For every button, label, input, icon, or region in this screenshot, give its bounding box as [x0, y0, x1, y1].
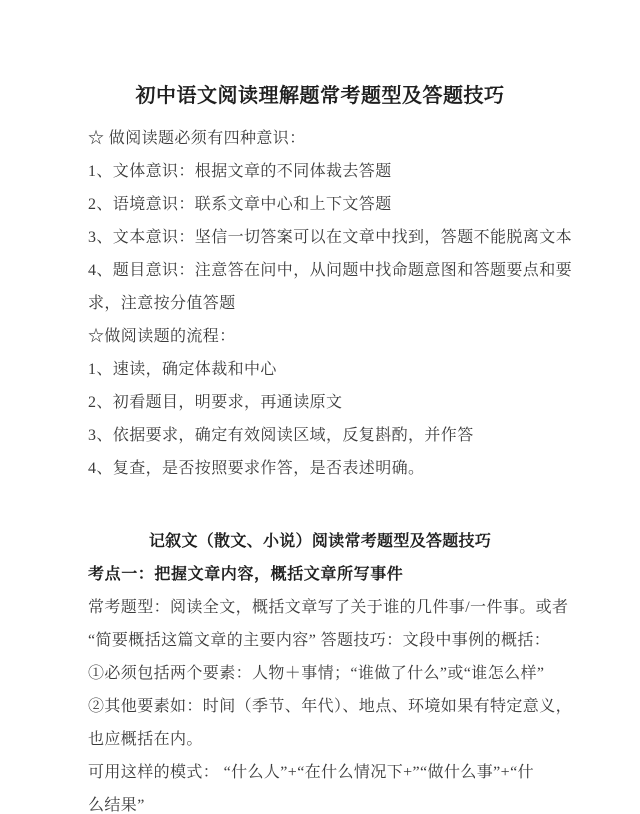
narrative-line-pattern: 可用这样的模式： “什么人”+“在什么情况下+”“做什么事”+“什: [88, 756, 552, 789]
process-step-1: 1、速读，确定体裁和中心: [88, 353, 552, 386]
narrative-line-element-2: ②其他要素如：时间（季节、年代）、地点、环境如果有特定意义，: [88, 690, 552, 723]
narrative-line-element-2-continued: 也应概括在内。: [88, 723, 552, 756]
awareness-item-3: 3、文本意识：坚信一切答案可以在文章中找到，答题不能脱离文本: [88, 221, 552, 254]
four-awareness-heading: ☆ 做阅读题必须有四种意识：: [88, 122, 552, 155]
process-step-2: 2、初看题目，明要求，再通读原文: [88, 386, 552, 419]
narrative-line-pattern-continued: 么结果”: [88, 789, 552, 814]
point-one-heading: 考点一：把握文章内容，概括文章所写事件: [88, 558, 552, 591]
document-title: 初中语文阅读理解题常考题型及答题技巧: [88, 84, 552, 108]
document-page: 初中语文阅读理解题常考题型及答题技巧 ☆ 做阅读题必须有四种意识： 1、文体意识…: [0, 0, 640, 814]
process-step-3: 3、依据要求，确定有效阅读区域，反复斟酌，并作答: [88, 419, 552, 452]
process-step-4: 4、复查，是否按照要求作答，是否表述明确。: [88, 452, 552, 485]
awareness-item-2: 2、语境意识：联系文章中心和上下文答题: [88, 188, 552, 221]
narrative-line-element-1: ①必须包括两个要素：人物＋事情；“谁做了什么”或“谁怎么样”: [88, 657, 552, 690]
process-heading: ☆做阅读题的流程：: [88, 320, 552, 353]
awareness-item-4: 4、题目意识：注意答在问中，从问题中找命题意图和答题要点和要: [88, 254, 552, 287]
awareness-item-1: 1、文体意识：根据文章的不同体裁去答题: [88, 155, 552, 188]
narrative-line-technique: “简要概括这篇文章的主要内容” 答题技巧：文段中事例的概括：: [88, 624, 552, 657]
awareness-item-4-continued: 求，注意按分值答题: [88, 287, 552, 320]
narrative-line-question-type: 常考题型：阅读全文，概括文章写了关于谁的几件事/一件事。或者: [88, 591, 552, 624]
narrative-section-heading: 记叙文（散文、小说）阅读常考题型及答题技巧: [88, 525, 552, 558]
